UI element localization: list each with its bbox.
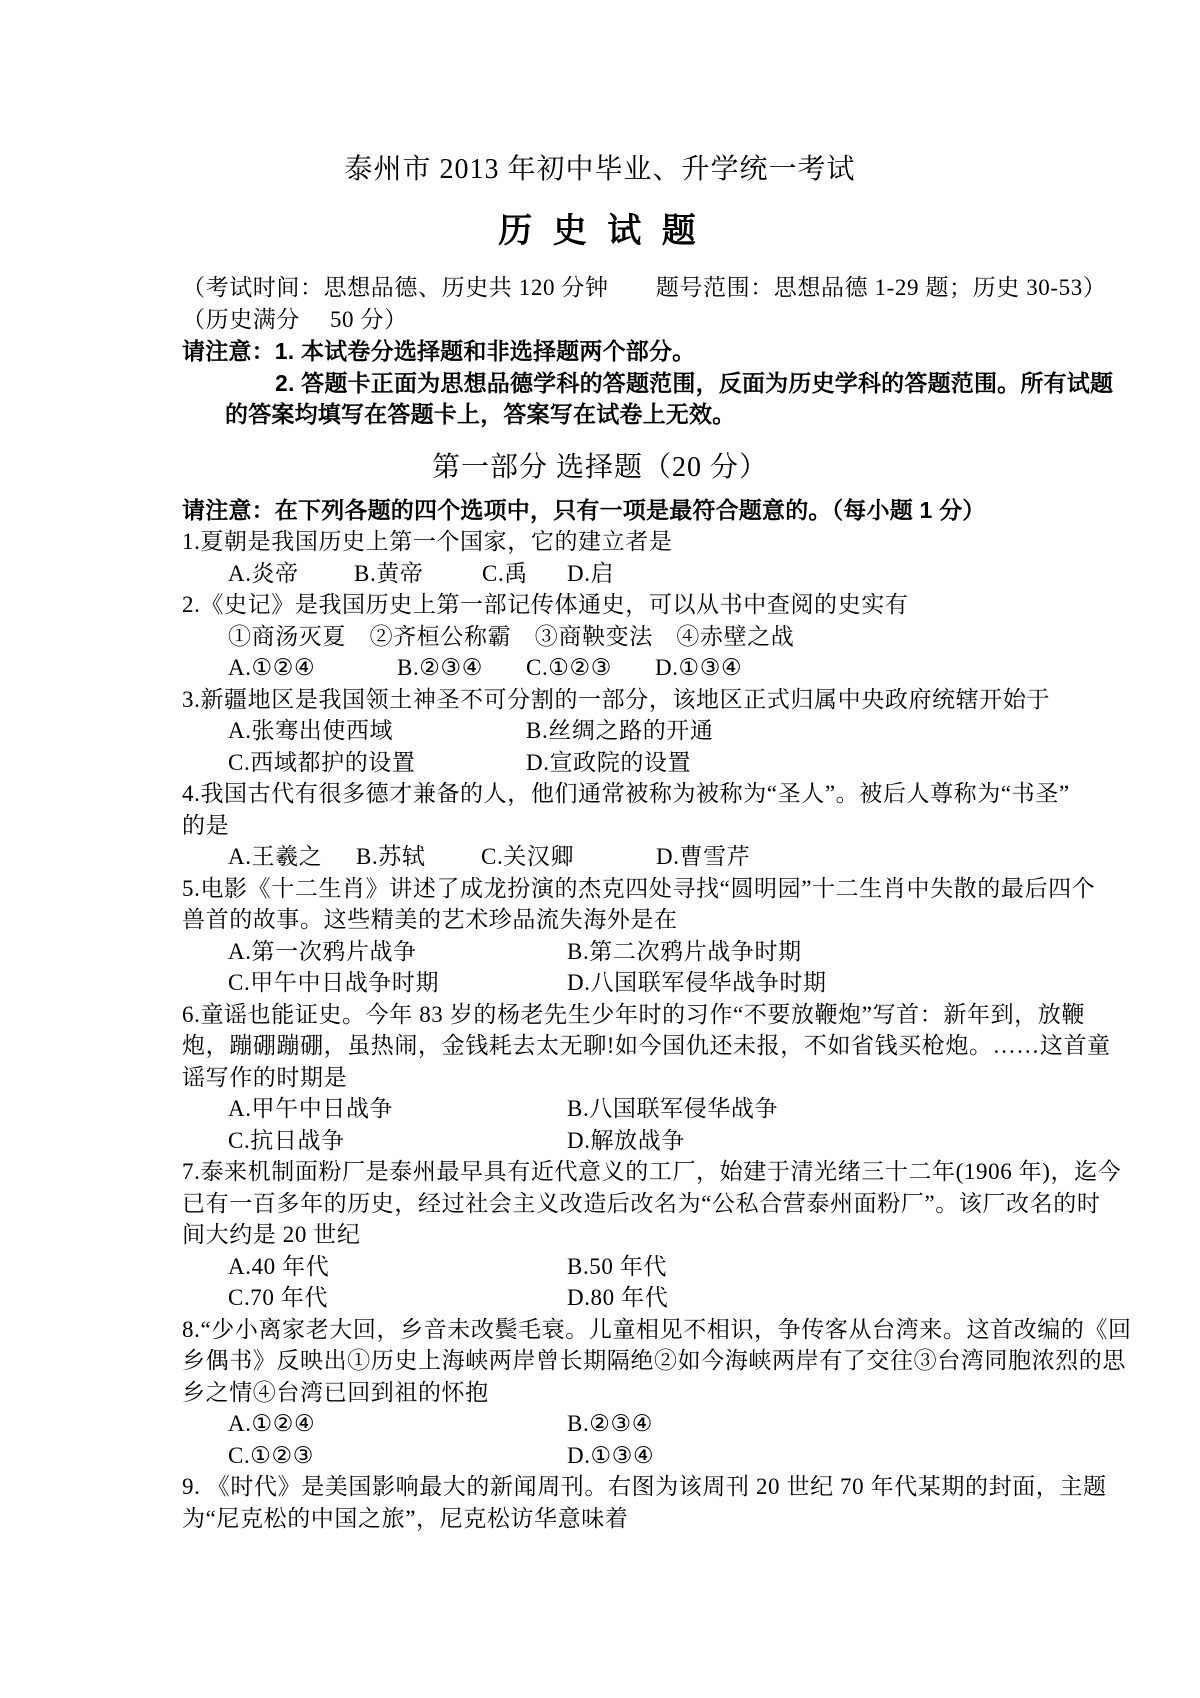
question-4-option-b: B.苏轼 — [356, 841, 481, 873]
question-8-stem-line-1: 8.“少小离家老大回，乡音未改鬓毛衰。儿童相见不相识，争传客从台湾来。这首改编的… — [182, 1314, 1200, 1346]
question-5-option-b: B.第二次鸦片战争时期 — [567, 936, 802, 968]
question-5-option-a: A.第一次鸦片战争 — [228, 936, 567, 968]
top-margin — [0, 0, 1200, 150]
question-3-option-c: C.西域都护的设置 — [228, 747, 526, 779]
question-1-option-c: C.禹 — [482, 558, 567, 590]
question-4-option-d: D.曹雪芹 — [656, 841, 750, 873]
question-2-option-c: C.①②③ — [526, 652, 655, 684]
question-3-stem: 3.新疆地区是我国领土神圣不可分割的一部分，该地区正式归属中央政府统辖开始于 — [182, 684, 1200, 716]
question-2-option-a: A.①②④ — [228, 652, 397, 684]
question-5-options-row-1: A.第一次鸦片战争 B.第二次鸦片战争时期 — [228, 936, 1200, 968]
question-6-options-row-2: C.抗日战争 D.解放战争 — [228, 1125, 1200, 1157]
question-7-stem-line-2: 已有一百多年的历史，经过社会主义改造后改名为“公私合营泰州面粉厂”。该厂改名的时 — [182, 1188, 1200, 1220]
question-6-stem-line-3: 谣写作的时期是 — [182, 1062, 1200, 1094]
question-8-stem-line-3: 乡之情④台湾已回到祖的怀抱 — [182, 1377, 1200, 1409]
notice-line-1: 请注意：1. 本试卷分选择题和非选择题两个部分。 — [182, 336, 1200, 368]
question-8-stem-line-2: 乡偶书》反映出①历史上海峡两岸曾长期隔绝②如今海峡两岸有了交往③台湾同胞浓烈的思 — [182, 1345, 1200, 1377]
question-1-stem: 1.夏朝是我国历史上第一个国家，它的建立者是 — [182, 526, 1200, 558]
question-8-option-c: C.①②③ — [228, 1440, 567, 1472]
question-3-option-a: A.张骞出使西域 — [228, 715, 526, 747]
question-8-options-row-2: C.①②③ D.①③④ — [228, 1440, 1200, 1472]
question-6-option-a: A.甲午中日战争 — [228, 1093, 567, 1125]
question-5-stem-line-2: 兽首的故事。这些精美的艺术珍品流失海外是在 — [182, 904, 1200, 936]
question-8-option-d: D.①③④ — [567, 1440, 654, 1472]
question-7-option-c: C.70 年代 — [228, 1282, 567, 1314]
question-7-option-d: D.80 年代 — [567, 1282, 668, 1314]
question-8-option-a: A.①②④ — [228, 1408, 567, 1440]
question-6-stem-line-2: 炮，蹦硼蹦硼，虽热闹，金钱耗去太无聊!如今国仇还未报，不如省钱买枪炮。……这首童 — [182, 1030, 1200, 1062]
question-4-option-a: A.王羲之 — [228, 841, 356, 873]
question-2-stem: 2.《史记》是我国历史上第一部记传体通史，可以从书中查阅的史实有 — [182, 589, 1200, 621]
question-7-stem-line-1: 7.泰来机制面粉厂是泰州最早具有近代意义的工厂，始建于清光绪三十二年(1906 … — [182, 1156, 1200, 1188]
question-1-option-b: B.黄帝 — [354, 558, 482, 590]
question-2-options: A.①②④ B.②③④ C.①②③ D.①③④ — [228, 652, 1200, 684]
question-2-option-b: B.②③④ — [397, 652, 526, 684]
exam-header-title: 泰州市 2013 年初中毕业、升学统一考试 — [0, 150, 1200, 190]
question-9-stem-line-1: 9. 《时代》是美国影响最大的新闻周刊。右图为该周刊 20 世纪 70 年代某期… — [182, 1471, 1200, 1503]
question-6-stem-line-1: 6.童谣也能证史。今年 83 岁的杨老先生少年时的习作“不要放鞭炮”写首：新年到… — [182, 999, 1200, 1031]
notice-line-3: 的答案均填写在答题卡上，答案写在试卷上无效。 — [225, 399, 1200, 431]
question-3-option-d: D.宣政院的设置 — [526, 747, 691, 779]
section-notice: 请注意：在下列各题的四个选项中，只有一项是最符合题意的。（每小题 1 分） — [182, 495, 1200, 527]
exam-info-line: （考试时间：思想品德、历史共 120 分钟 题号范围：思想品德 1-29 题；历… — [182, 272, 1200, 304]
section-title: 第一部分 选择题（20 分） — [0, 445, 1200, 491]
question-7-option-b: B.50 年代 — [567, 1251, 667, 1283]
question-4-stem-line-1: 4.我国古代有很多德才兼备的人，他们通常被称为被称为“圣人”。被后人尊称为“书圣… — [182, 778, 1200, 810]
question-7-options-row-1: A.40 年代 B.50 年代 — [228, 1251, 1200, 1283]
question-3-option-b: B.丝绸之路的开通 — [526, 715, 714, 747]
question-9-stem-line-2: 为“尼克松的中国之旅”，尼克松访华意味着 — [182, 1503, 1200, 1535]
notice-line-2: 2. 答题卡正面为思想品德学科的答题范围，反面为历史学科的答题范围。所有试题 — [275, 368, 1200, 400]
question-5-option-d: D.八国联军侵华战争时期 — [567, 967, 827, 999]
question-6-option-b: B.八国联军侵华战争 — [567, 1093, 778, 1125]
question-8-options-row-1: A.①②④ B.②③④ — [228, 1408, 1200, 1440]
question-5-options-row-2: C.甲午中日战争时期 D.八国联军侵华战争时期 — [228, 967, 1200, 999]
question-3-options-row-2: C.西域都护的设置 D.宣政院的设置 — [228, 747, 1200, 779]
question-4-stem-line-2: 的是 — [182, 810, 1200, 842]
question-7-options-row-2: C.70 年代 D.80 年代 — [228, 1282, 1200, 1314]
question-1-option-a: A.炎帝 — [228, 558, 354, 590]
exam-paper-page: 泰州市 2013 年初中毕业、升学统一考试 历 史 试 题 （考试时间：思想品德… — [0, 0, 1200, 1698]
question-6-option-c: C.抗日战争 — [228, 1125, 567, 1157]
question-6-option-d: D.解放战争 — [567, 1125, 685, 1157]
question-7-stem-line-3: 间大约是 20 世纪 — [182, 1219, 1200, 1251]
question-2-option-d: D.①③④ — [655, 652, 742, 684]
question-1-option-d: D.启 — [567, 558, 614, 590]
question-5-option-c: C.甲午中日战争时期 — [228, 967, 567, 999]
question-8-option-b: B.②③④ — [567, 1408, 653, 1440]
question-2-subitems: ①商汤灭夏 ②齐桓公称霸 ③商鞅变法 ④赤壁之战 — [228, 621, 1200, 653]
question-5-stem-line-1: 5.电影《十二生肖》讲述了成龙扮演的杰克四处寻找“圆明园”十二生肖中失散的最后四… — [182, 873, 1200, 905]
question-7-option-a: A.40 年代 — [228, 1251, 567, 1283]
score-info-line: （历史满分 50 分） — [182, 304, 1200, 336]
question-4-option-c: C.关汉卿 — [481, 841, 656, 873]
doc-title: 历 史 试 题 — [0, 206, 1200, 258]
question-3-options-row-1: A.张骞出使西域 B.丝绸之路的开通 — [228, 715, 1200, 747]
question-4-options: A.王羲之 B.苏轼 C.关汉卿 D.曹雪芹 — [228, 841, 1200, 873]
question-1-options: A.炎帝 B.黄帝 C.禹 D.启 — [228, 558, 1200, 590]
question-6-options-row-1: A.甲午中日战争 B.八国联军侵华战争 — [228, 1093, 1200, 1125]
